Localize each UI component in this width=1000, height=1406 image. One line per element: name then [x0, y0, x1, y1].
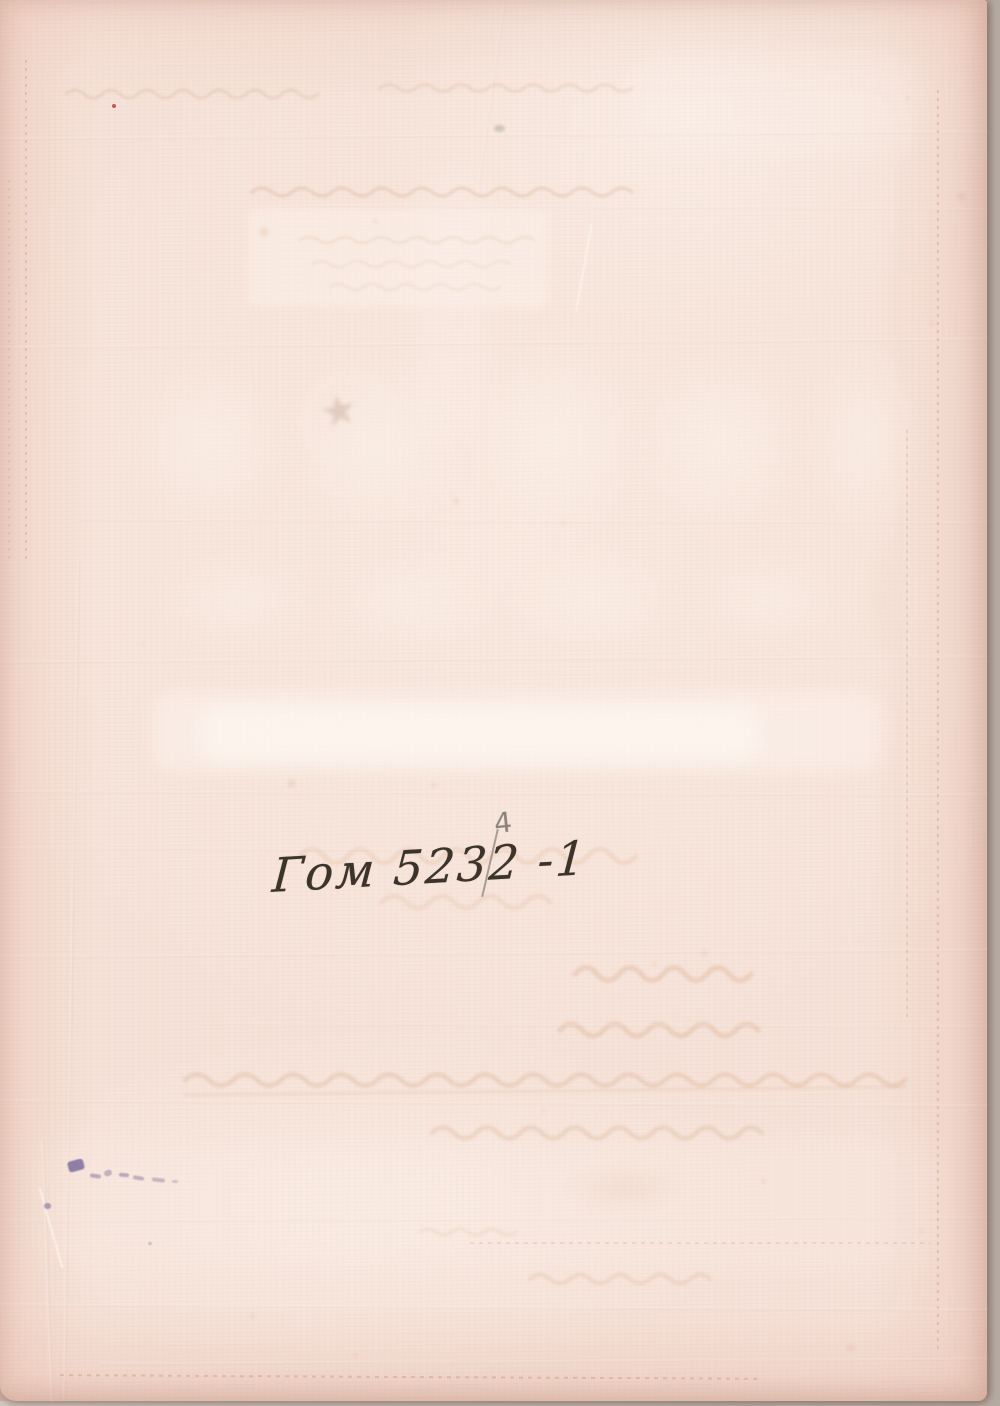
showthrough-script-line [252, 188, 632, 196]
stain [430, 781, 438, 789]
red-ink-dot [112, 104, 116, 108]
showthrough-script-layer [0, 0, 1000, 1406]
stain [286, 778, 297, 789]
stain [760, 1178, 767, 1185]
showthrough-script-line [330, 284, 500, 290]
stain [845, 1342, 856, 1353]
green-smudge [494, 125, 505, 132]
showthrough-handwriting-line [185, 1075, 905, 1086]
stain [918, 1228, 925, 1235]
stain [652, 962, 658, 968]
purple-ink-dot [44, 1203, 51, 1209]
showthrough-handwriting-line [382, 896, 550, 908]
stain [140, 640, 146, 646]
stain [248, 1312, 257, 1321]
stain-patch [560, 1160, 690, 1215]
stain [372, 218, 379, 225]
purple-ink-dash [119, 1173, 129, 1178]
showthrough-script-line [380, 85, 632, 92]
stain [560, 520, 566, 526]
showthrough-script-line [312, 261, 510, 267]
showthrough-script-line [300, 237, 534, 243]
red-guide-line-right [937, 90, 939, 1350]
stain [352, 1352, 359, 1359]
scanned-document: ★ [0, 0, 1000, 1406]
showthrough-handwriting-line [420, 1229, 516, 1235]
stain [905, 95, 911, 101]
red-guide-line-left [25, 60, 27, 560]
purple-ink-dot [148, 1242, 152, 1245]
showthrough-script-line [66, 90, 318, 98]
red-guide-line-bottom-right [470, 1242, 930, 1244]
showthrough-handwriting-line [530, 1275, 710, 1284]
red-guide-line-right-inner [906, 430, 908, 1020]
stain [700, 948, 709, 957]
showthrough-handwriting-line [432, 1128, 762, 1139]
purple-ink-dash [172, 1180, 178, 1183]
stain [452, 497, 461, 506]
stain [955, 190, 968, 203]
stain [540, 1108, 546, 1114]
paper-sheet-verso: ★ [0, 0, 987, 1401]
showthrough-handwriting-underline [185, 1087, 905, 1095]
showthrough-handwriting-line [575, 968, 751, 981]
stain [928, 320, 935, 327]
stain [258, 226, 270, 238]
red-guide-line-left-outer [8, 180, 10, 560]
